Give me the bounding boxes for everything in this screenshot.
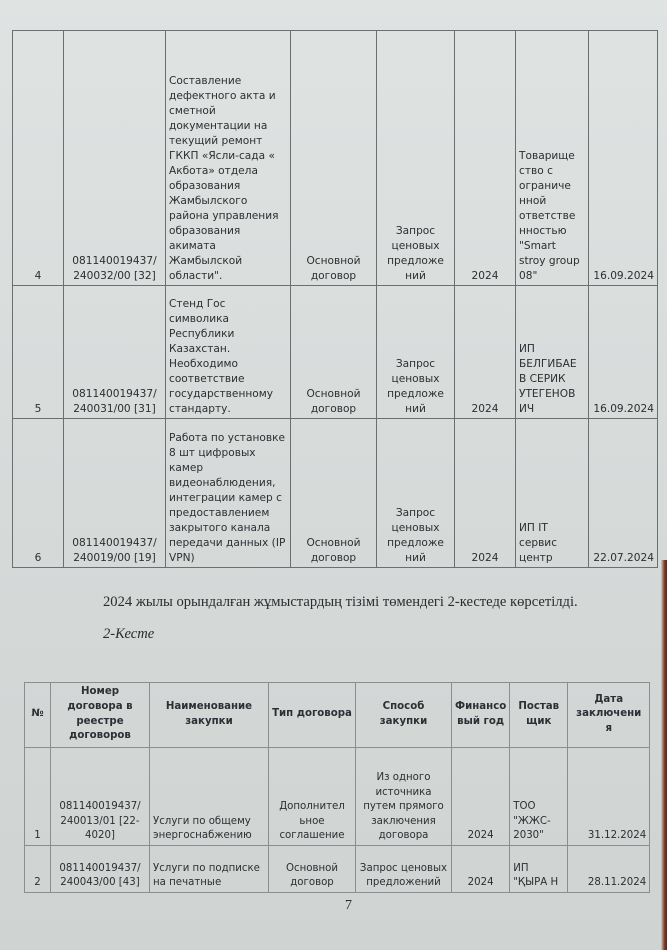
financial-year: 2024 [452, 748, 510, 846]
header-purchase-name: Наименование закупки [150, 683, 269, 748]
header-financial-year: Финансо вый год [452, 683, 510, 748]
financial-year: 2024 [452, 846, 510, 893]
contract-type: Дополнител ьное соглашение [269, 748, 356, 846]
contract-number: 081140019437/ 240031/00 [31] [64, 286, 166, 419]
contract-date: 28.11.2024 [568, 846, 650, 893]
contract-date: 31.12.2024 [568, 748, 650, 846]
header-contract-number: Номер договора в реестре договоров [51, 683, 150, 748]
body-paragraph: 2024 жылы орындалған жұмыстардың тізімі … [103, 594, 578, 611]
purchase-method: Из одного источника путем прямого заключ… [356, 748, 452, 846]
contract-type: Основной договор [269, 846, 356, 893]
supplier: ИП "ҚЫРА Н [510, 846, 568, 893]
purchase-method: Запрос ценовых предложений [356, 846, 452, 893]
header-no: № [25, 683, 51, 748]
row-number: 6 [13, 419, 64, 568]
contract-type: Основной договор [291, 286, 377, 419]
table-row: 5 081140019437/ 240031/00 [31] Стенд Гос… [13, 286, 658, 419]
supplier: ИП БЕЛГИБАЕ В СЕРИК УТЕГЕНОВ ИЧ [516, 286, 589, 419]
contract-number: 081140019437/ 240032/00 [32] [64, 31, 166, 286]
table-row: 2 081140019437/ 240043/00 [43] Услуги по… [25, 846, 650, 893]
header-purchase-method: Способ закупки [356, 683, 452, 748]
purchase-method: Запрос ценовых предложе ний [377, 31, 455, 286]
financial-year: 2024 [455, 286, 516, 419]
contract-type: Основной договор [291, 31, 377, 286]
contract-date: 16.09.2024 [589, 31, 658, 286]
purchase-name: Стенд Гос символика Республики Казахстан… [166, 286, 291, 419]
header-contract-type: Тип договора [269, 683, 356, 748]
page-number: 7 [345, 898, 352, 914]
row-number: 2 [25, 846, 51, 893]
contract-number: 081140019437/ 240019/00 [19] [64, 419, 166, 568]
supplier: ТОО "ЖЖС- 2030" [510, 748, 568, 846]
contracts-table-2: № Номер договора в реестре договоров Наи… [24, 682, 650, 893]
contract-number: 081140019437/ 240013/01 [22- 4020] [51, 748, 150, 846]
purchase-name: Услуги по подписке на печатные [150, 846, 269, 893]
financial-year: 2024 [455, 419, 516, 568]
purchase-name: Услуги по общему энергоснабжению [150, 748, 269, 846]
contract-date: 16.09.2024 [589, 286, 658, 419]
contract-type: Основной договор [291, 419, 377, 568]
purchase-method: Запрос ценовых предложе ний [377, 286, 455, 419]
table-header-row: № Номер договора в реестре договоров Наи… [25, 683, 650, 748]
contract-number: 081140019437/ 240043/00 [43] [51, 846, 150, 893]
table-row: 1 081140019437/ 240013/01 [22- 4020] Усл… [25, 748, 650, 846]
contracts-table-1: 4 081140019437/ 240032/00 [32] Составлен… [12, 30, 658, 568]
contract-date: 22.07.2024 [589, 419, 658, 568]
row-number: 4 [13, 31, 64, 286]
table-row: 6 081140019437/ 240019/00 [19] Работа по… [13, 419, 658, 568]
header-contract-date: Дата заключени я [568, 683, 650, 748]
row-number: 5 [13, 286, 64, 419]
purchase-method: Запрос ценовых предложе ний [377, 419, 455, 568]
purchase-name: Составление дефектного акта и сметной до… [166, 31, 291, 286]
row-number: 1 [25, 748, 51, 846]
financial-year: 2024 [455, 31, 516, 286]
header-supplier: Постав щик [510, 683, 568, 748]
supplier: ИП IT сервис центр [516, 419, 589, 568]
page-edge-shadow [661, 560, 667, 950]
purchase-name: Работа по установке 8 шт цифровых камер … [166, 419, 291, 568]
table-caption: 2-Кесте [103, 626, 154, 643]
table-row: 4 081140019437/ 240032/00 [32] Составлен… [13, 31, 658, 286]
supplier: Товарище ство с ограниче нной ответстве … [516, 31, 589, 286]
